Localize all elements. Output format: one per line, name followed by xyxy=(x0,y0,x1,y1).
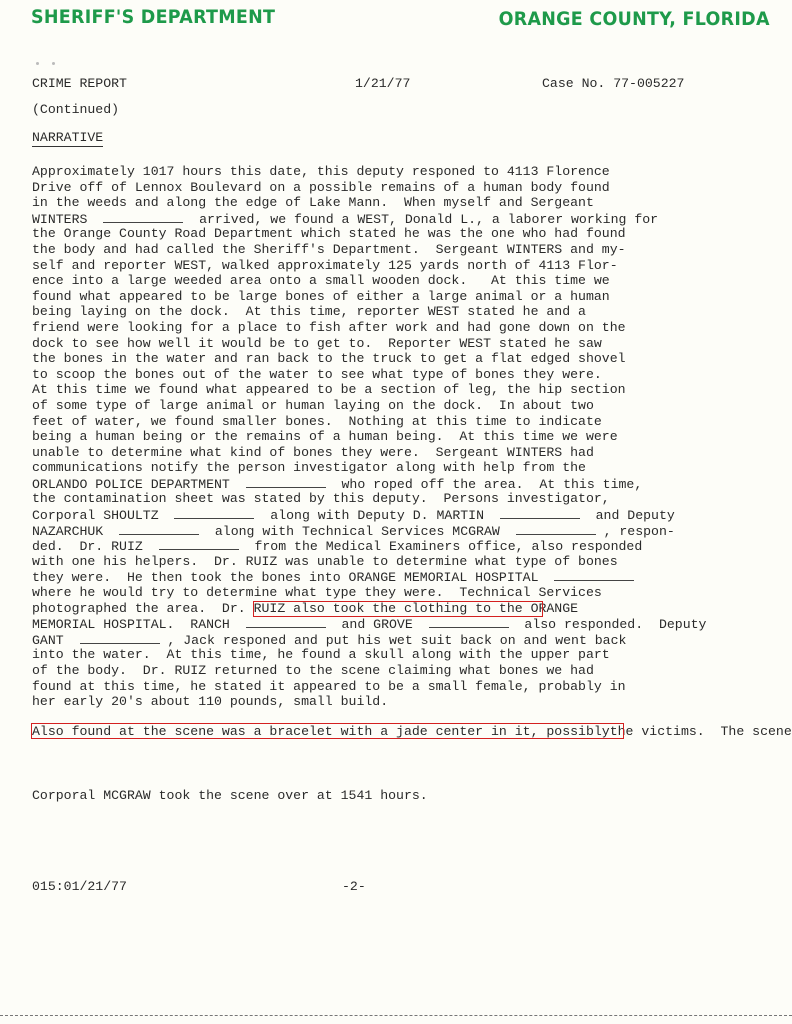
paper-smudge xyxy=(52,62,55,65)
page-number: -2- xyxy=(342,879,366,895)
narrative-line: the body and had called the Sheriff's De… xyxy=(32,242,706,258)
continued-label: (Continued) xyxy=(32,102,119,118)
footer-code: 015:01/21/77 xyxy=(32,879,127,895)
narrative-line: to scoop the bones out of the water to s… xyxy=(32,367,706,383)
narrative-line: found at this time, he stated it appeare… xyxy=(32,679,706,695)
county-name: ORANGE COUNTY, FLORIDA xyxy=(499,8,770,30)
blank-field xyxy=(174,507,254,519)
narrative-line: feet of water, we found smaller bones. N… xyxy=(32,414,706,430)
paper-smudge xyxy=(36,62,39,65)
narrative-line: being laying on the dock. At this time, … xyxy=(32,304,706,320)
narrative-line: At this time we found what appeared to b… xyxy=(32,382,706,398)
narrative-line: Corporal SHOULTZ along with Deputy D. MA… xyxy=(32,507,706,523)
narrative-line: of the body. Dr. RUIZ returned to the sc… xyxy=(32,663,706,679)
narrative-line: with one his helpers. Dr. RUIZ was unabl… xyxy=(32,554,706,570)
department-name: SHERIFF'S DEPARTMENT xyxy=(31,6,275,28)
narrative-paragraph-jade-bracelet: Also found at the scene was a bracelet w… xyxy=(32,724,792,740)
narrative-line: the bones in the water and ran back to t… xyxy=(32,351,706,367)
narrative-line: GANT , Jack responed and put his wet sui… xyxy=(32,632,706,648)
narrative-line: her early 20's about 110 pounds, small b… xyxy=(32,694,706,710)
narrative-line: into the water. At this time, he found a… xyxy=(32,647,706,663)
narrative-line: of some type of large animal or human la… xyxy=(32,398,706,414)
narrative-line: communications notify the person investi… xyxy=(32,460,706,476)
narrative-line: WINTERS arrived, we found a WEST, Donald… xyxy=(32,211,706,227)
narrative-line: MEMORIAL HOSPITAL. RANCH and GROVE also … xyxy=(32,616,706,632)
narrative-body: Approximately 1017 hours this date, this… xyxy=(32,164,706,710)
narrative-line: where he would try to determine what typ… xyxy=(32,585,706,601)
narrative-line: the victims. The scene was secured. The … xyxy=(610,724,792,739)
narrative-line: self and reporter WEST, walked approxima… xyxy=(32,258,706,274)
blank-field xyxy=(516,523,596,535)
narrative-line: NAZARCHUK along with Technical Services … xyxy=(32,523,706,539)
narrative-line: found what appeared to be large bones of… xyxy=(32,289,706,305)
report-date: 1/21/77 xyxy=(355,76,410,92)
letterhead: SHERIFF'S DEPARTMENT ORANGE COUNTY, FLOR… xyxy=(0,6,792,36)
blank-field xyxy=(554,569,634,581)
narrative-line: being a human being or the remains of a … xyxy=(32,429,706,445)
blank-field xyxy=(80,632,160,644)
blank-field xyxy=(119,523,199,535)
narrative-line: ence into a large weeded area onto a sma… xyxy=(32,273,706,289)
blank-field xyxy=(246,616,326,628)
narrative-line: photographed the area. Dr. RUIZ also too… xyxy=(32,601,706,617)
narrative-line: dock to see how well it would be to get … xyxy=(32,336,706,352)
narrative-line: they were. He then took the bones into O… xyxy=(32,569,706,585)
narrative-line: ded. Dr. RUIZ from the Medical Examiners… xyxy=(32,538,706,554)
case-number: Case No. 77-005227 xyxy=(542,76,684,92)
narrative-line: friend were looking for a place to fish … xyxy=(32,320,706,336)
blank-field xyxy=(429,616,509,628)
blank-field xyxy=(500,507,580,519)
blank-field xyxy=(159,538,239,550)
narrative-line: Also found at the scene was a bracelet w… xyxy=(32,724,610,739)
narrative-line: ORLANDO POLICE DEPARTMENT who roped off … xyxy=(32,476,706,492)
narrative-line: unable to determine what kind of bones t… xyxy=(32,445,706,461)
blank-field xyxy=(246,476,326,488)
narrative-line: Drive off of Lennox Boulevard on a possi… xyxy=(32,180,706,196)
blank-field xyxy=(103,211,183,223)
narrative-paragraph-mcgraw: Corporal MCGRAW took the scene over at 1… xyxy=(32,788,428,804)
report-title: CRIME REPORT xyxy=(32,76,127,92)
narrative-line: in the weeds and along the edge of Lake … xyxy=(32,195,706,211)
page-tear-line xyxy=(0,1015,792,1016)
narrative-heading: NARRATIVE xyxy=(32,131,103,147)
narrative-line: the contamination sheet was stated by th… xyxy=(32,491,706,507)
narrative-line: Approximately 1017 hours this date, this… xyxy=(32,164,706,180)
narrative-line: the Orange County Road Department which … xyxy=(32,226,706,242)
